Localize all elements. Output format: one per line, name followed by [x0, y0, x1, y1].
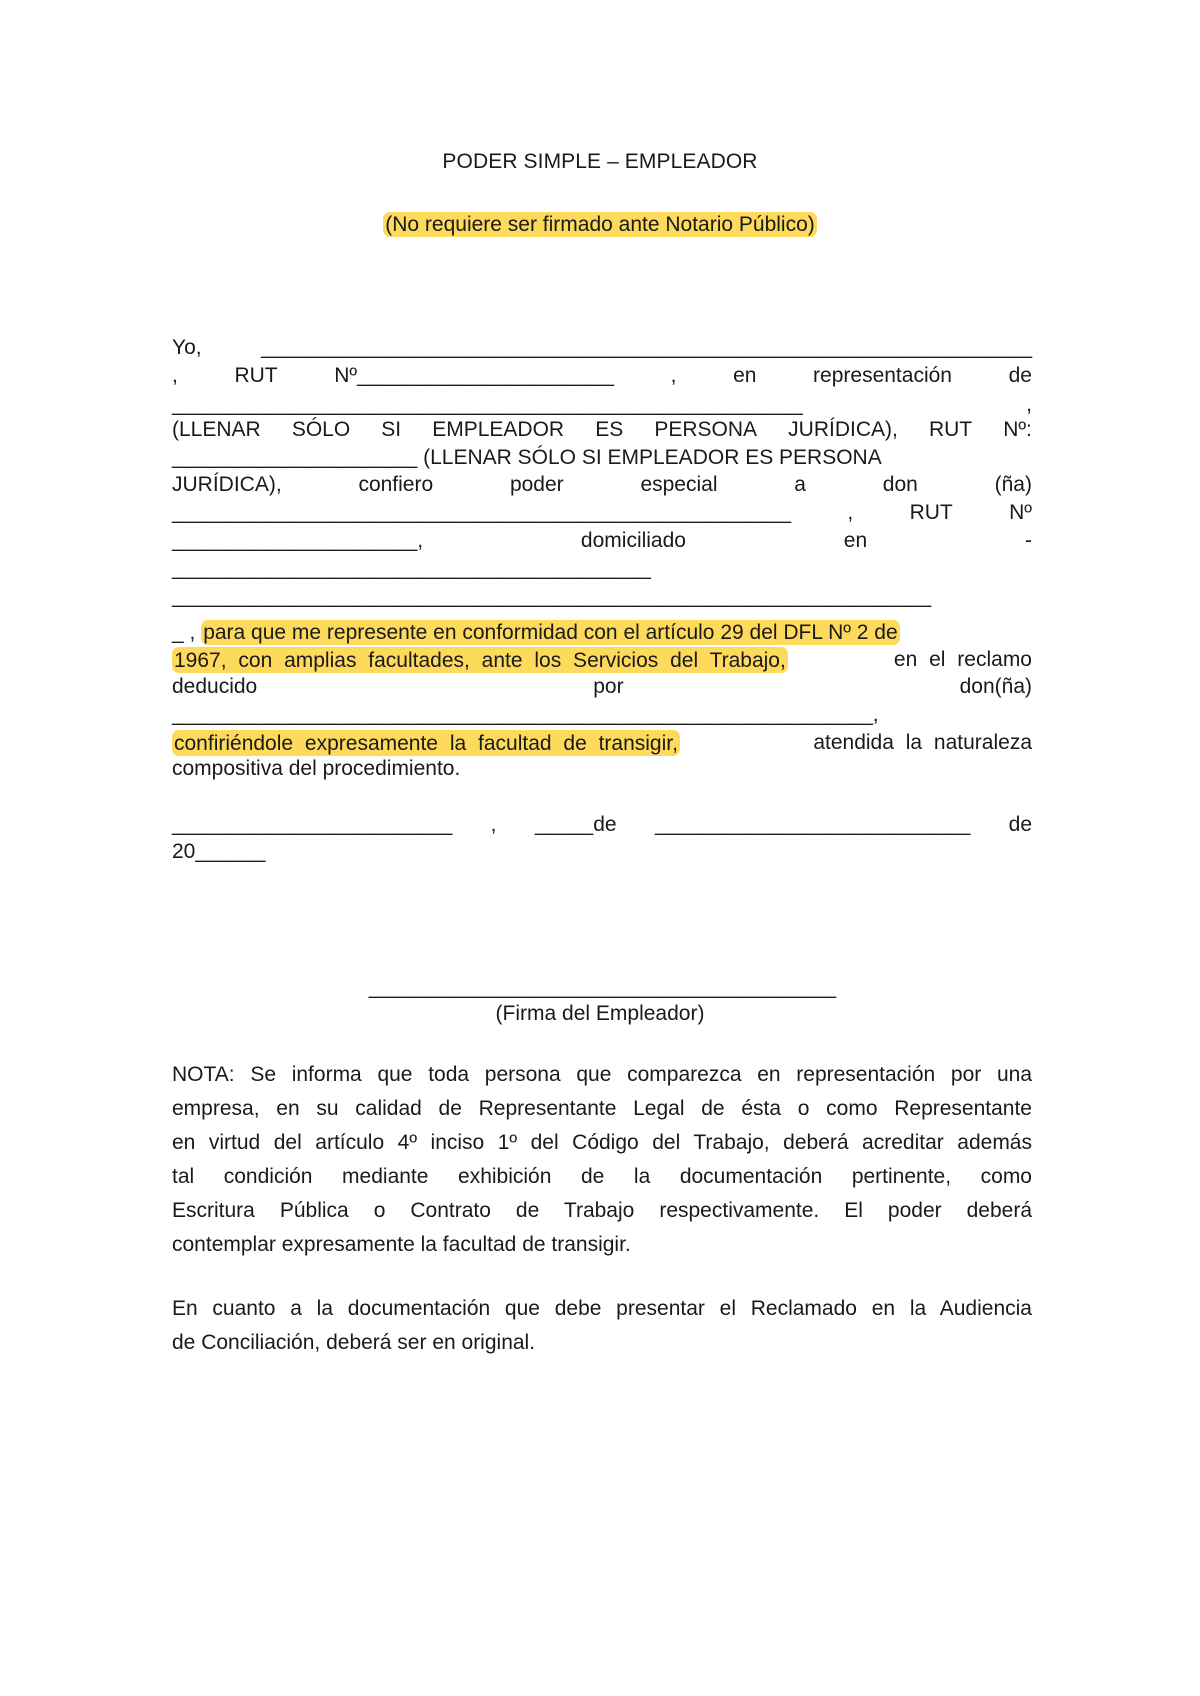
word: a — [794, 472, 806, 498]
form-line: ________________________________________… — [172, 556, 1032, 582]
word: Yo, — [172, 335, 202, 361]
blank-field: ________________________________________… — [172, 703, 879, 726]
word: Nº — [1009, 500, 1032, 526]
form-line: Yo,_____________________________________… — [172, 335, 1032, 361]
clause-after-1: en el reclamo — [882, 647, 1032, 673]
de-word: de — [1009, 812, 1032, 838]
word: (LLENAR — [172, 417, 261, 443]
document-page: PODER SIMPLE – EMPLEADOR (No requiere se… — [0, 0, 1200, 1696]
nota-paragraph: NOTA: Se informa que toda persona que co… — [172, 1058, 1032, 1262]
word: EMPLEADOR — [432, 417, 564, 443]
word: (ña) — [995, 472, 1032, 498]
documentation-paragraph: En cuanto a la documentación que debe pr… — [172, 1292, 1032, 1360]
clause-highlight-1b: 1967, con amplias facultades, ante los S… — [172, 647, 788, 673]
word: RUT — [234, 363, 277, 389]
word: PERSONA — [654, 417, 757, 443]
blank-field: ________________________________________… — [172, 392, 803, 418]
blank-field: ________________________________________… — [172, 557, 651, 580]
blank-field: _____________________, — [172, 528, 423, 554]
form-line: ,RUTNº______________________,enrepresent… — [172, 363, 1032, 389]
word: don — [883, 472, 918, 498]
document-subtitle: (No requiere ser firmado ante Notario Pú… — [0, 213, 1200, 237]
word: - — [1025, 528, 1032, 554]
signature-label: (Firma del Empleador) — [0, 1002, 1200, 1026]
word: confiero — [358, 472, 433, 498]
month-blank: ___________________________ — [655, 812, 970, 838]
form-line: ________________________________________… — [172, 584, 1032, 610]
clause-highlight-1a: para que me represente en conformidad co… — [201, 620, 899, 645]
blank-field: ________________________________________… — [261, 335, 1032, 361]
form-line: JURÍDICA),confieropoderespecialadon(ña) — [172, 472, 1032, 498]
blank-field: Nº______________________ — [334, 363, 614, 389]
document-title: PODER SIMPLE – EMPLEADOR — [0, 150, 1200, 174]
blank-field: ________________________________________… — [172, 585, 931, 608]
clause-line-2: 1967, con amplias facultades, ante los S… — [172, 647, 1032, 673]
word: domiciliado — [581, 528, 686, 554]
nota-line: en virtud del artículo 4º inciso 1º del … — [172, 1126, 1032, 1160]
form-line: _____________________ (LLENAR SÓLO SI EM… — [172, 445, 1032, 471]
blank-field: _____________________ (LLENAR SÓLO SI EM… — [172, 446, 882, 469]
nota-line: contemplar expresamente la facultad de t… — [172, 1228, 1032, 1262]
word: RUT — [929, 417, 972, 443]
clause-line-4: ________________________________________… — [172, 702, 1032, 728]
subtitle-highlight: (No requiere ser firmado ante Notario Pú… — [383, 212, 817, 237]
nota-line: empresa, en su calidad de Representante … — [172, 1092, 1032, 1126]
word: deducido — [172, 674, 257, 700]
day-blank: _____de — [535, 812, 617, 838]
blank-field: ________________________________________… — [172, 500, 791, 526]
place-blank: ________________________ — [172, 812, 452, 838]
clause-line-6: compositiva del procedimiento. — [172, 756, 1032, 782]
word: ES — [595, 417, 623, 443]
word: SI — [381, 417, 401, 443]
form-line: (LLENARSÓLOSIEMPLEADORESPERSONAJURÍDICA)… — [172, 417, 1032, 443]
form-line: _____________________,domiciliadoen- — [172, 528, 1032, 554]
word: JURÍDICA), — [172, 472, 282, 498]
form-line: ________________________________________… — [172, 392, 1032, 418]
date-line: ________________________ , _____de _____… — [172, 812, 1032, 838]
nota-line: tal condición mediante exhibición de la … — [172, 1160, 1032, 1194]
word: de — [1009, 363, 1032, 389]
clause-line-1: _ , para que me represente en conformida… — [172, 620, 1032, 646]
word: RUT — [910, 500, 953, 526]
word: , — [847, 500, 853, 526]
word: poder — [510, 472, 564, 498]
word: don(ña) — [960, 674, 1032, 700]
word: representación — [813, 363, 952, 389]
word: JURÍDICA), — [788, 417, 898, 443]
clause-after-2: atendida la naturaleza — [802, 730, 1033, 756]
word: en — [733, 363, 756, 389]
word: SÓLO — [292, 417, 350, 443]
word: , — [671, 363, 677, 389]
clause-line-3: deducido por don(ña) — [172, 674, 1032, 700]
documentation-line: de Conciliación, deberá ser en original. — [172, 1326, 1032, 1360]
nota-line: NOTA: Se informa que toda persona que co… — [172, 1058, 1032, 1092]
year-blank: 20______ — [172, 839, 1032, 865]
nota-line: Escritura Pública o Contrato de Trabajo … — [172, 1194, 1032, 1228]
clause-line-5: confiriéndole expresamente la facultad d… — [172, 730, 1032, 756]
word: en — [844, 528, 867, 554]
clause-highlight-2: confiriéndole expresamente la facultad d… — [172, 730, 680, 756]
word: , — [1026, 392, 1032, 418]
form-line: ________________________________________… — [172, 500, 1032, 526]
signature-line: ________________________________________ — [345, 975, 860, 1001]
word: , — [172, 363, 178, 389]
clause-lead: _ , — [172, 621, 201, 644]
word: especial — [640, 472, 717, 498]
word: Nº: — [1003, 417, 1032, 443]
word: por — [593, 674, 623, 700]
comma: , — [491, 812, 497, 838]
documentation-line: En cuanto a la documentación que debe pr… — [172, 1292, 1032, 1326]
